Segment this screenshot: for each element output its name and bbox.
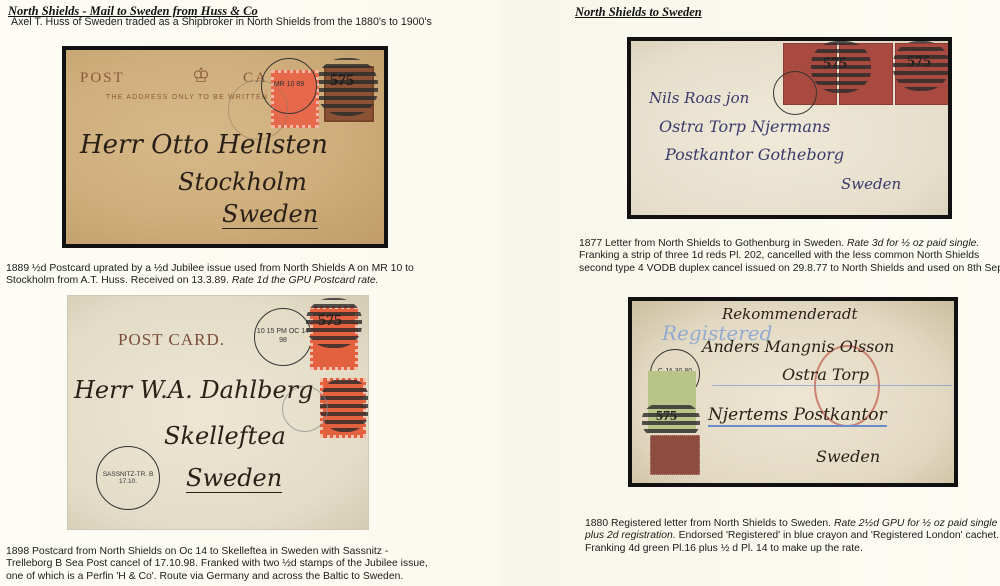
address-line: Sweden xyxy=(816,447,880,466)
address-line: Nils Roas jon xyxy=(649,89,749,107)
postcard-print: POST xyxy=(80,70,125,87)
caption-1877: 1877 Letter from North Shields to Gothen… xyxy=(579,238,1000,275)
intro-text: Axel T. Huss of Sweden traded as a Shipb… xyxy=(11,16,432,28)
north-shields-postmark xyxy=(773,71,817,115)
postcard-1889: POST ♔ CA THE ADDRESS ONLY TO BE WRITTEN… xyxy=(62,46,388,248)
address-line: Stockholm xyxy=(178,168,307,196)
killer-number: 575 xyxy=(318,312,342,330)
address-line: Herr Otto Hellsten xyxy=(80,130,328,160)
caption-1880: 1880 Registered letter from North Shield… xyxy=(585,518,1000,555)
blue-crayon-line xyxy=(712,385,952,386)
killer-number: 575 xyxy=(656,409,677,425)
address-line: Ostra Torp xyxy=(782,365,869,384)
postcard-1898: POST CARD. 10 15 PM OC 14 98 575 SASSNIT… xyxy=(68,296,368,529)
address-line: Sweden xyxy=(186,464,282,493)
caption-1889: 1889 ½d Postcard uprated by a ½d Jubilee… xyxy=(6,263,426,288)
caption-rate: Rate 1d the GPU Postcard rate. xyxy=(232,275,379,286)
postmark-date: 10 15 PM OC 14 98 xyxy=(257,328,309,344)
page-title-right: North Shields to Sweden xyxy=(575,5,702,20)
address-line: Skelleftea xyxy=(164,422,286,450)
postmark-date: MR 10 89 xyxy=(274,81,304,88)
address-line: Postkantor Gotheborg xyxy=(665,145,844,164)
caption-text: 1877 Letter from North Shields to Gothen… xyxy=(579,238,844,249)
address-line: Sweden xyxy=(222,200,318,229)
caption-detail: Franking a strip of three 1d reds Pl. 20… xyxy=(579,250,1000,273)
address-line: Ostra Torp Njermans xyxy=(659,117,830,136)
royal-crest-icon: ♔ xyxy=(192,66,210,86)
caption-rate: Rate 3d for ½ oz paid single. xyxy=(847,238,979,249)
north-shields-postmark: 10 15 PM OC 14 98 xyxy=(254,308,312,366)
caption-1898: 1898 Postcard from North Shields on Oc 1… xyxy=(6,546,431,583)
address-line: Sweden xyxy=(841,175,901,193)
sea-post-cancel: SASSNITZ-TR. B 17.10. xyxy=(96,446,160,510)
album-page-left: North Shields - Mail to Sweden from Huss… xyxy=(0,0,500,586)
address-line: Anders Mangnis Olsson xyxy=(702,337,894,356)
killer-number-2: 575 xyxy=(907,53,931,71)
killer-number: 575 xyxy=(823,55,847,73)
killer-number: 575 xyxy=(330,72,354,90)
address-line: Herr W.A. Dahlberg xyxy=(74,376,313,404)
postcard-print: POST CARD. xyxy=(118,330,225,350)
registered-letter-1880: Registered C JA 30 80 575 Rekommenderadt… xyxy=(628,297,958,487)
sea-post-text: SASSNITZ-TR. B 17.10. xyxy=(103,471,154,485)
address-line: Rekommenderadt xyxy=(722,305,858,323)
address-line: Njertems Postkantor xyxy=(708,405,887,427)
caption-text: 1880 Registered letter from North Shield… xyxy=(585,518,831,529)
halfpenny-stamp xyxy=(650,435,700,475)
letter-1877: 575 575 Nils Roas jon Ostra Torp Njerman… xyxy=(627,37,952,219)
